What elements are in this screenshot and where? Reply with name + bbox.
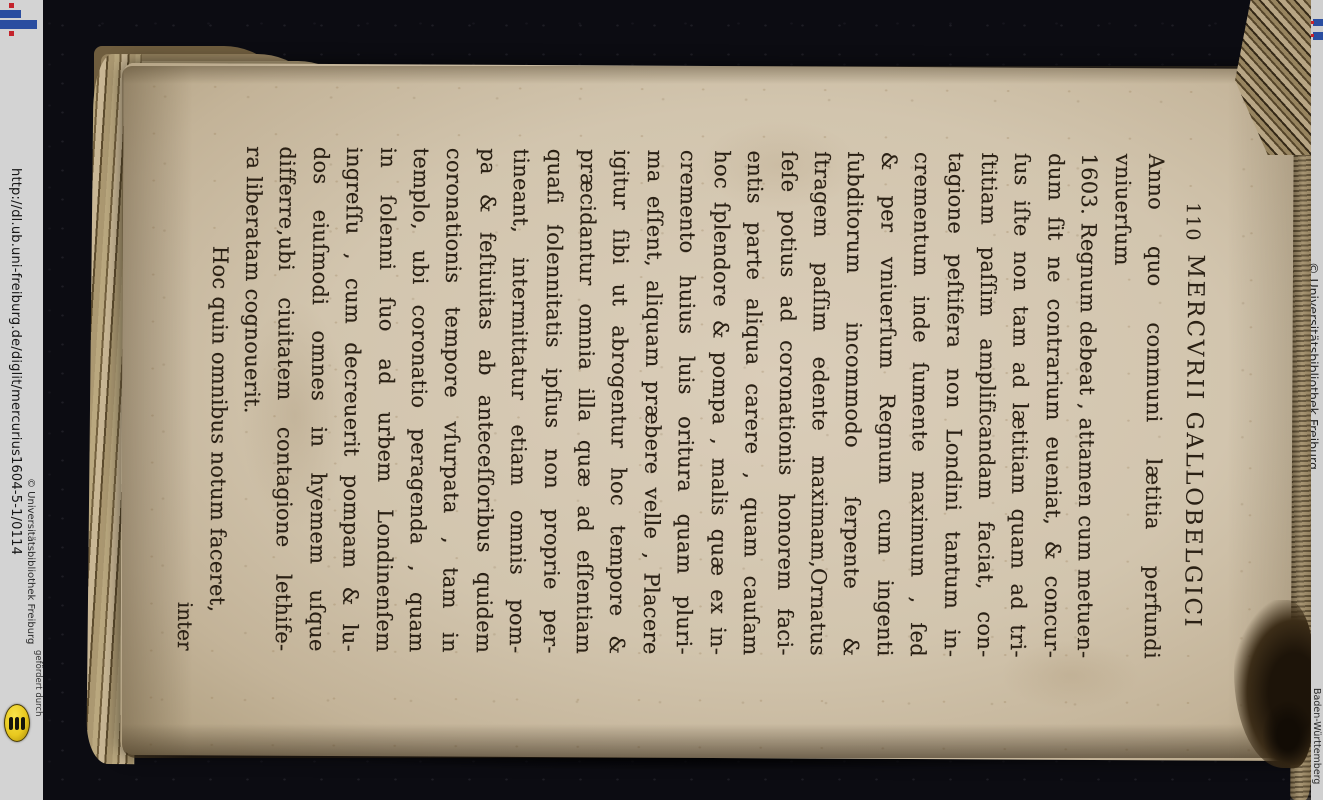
text-line: differre,ubi ciuitatem contagione lethif… xyxy=(266,146,304,651)
ub-freiburg-logo-partial-icon xyxy=(1313,19,1323,26)
region-label: Baden-Württemberg xyxy=(1311,688,1322,798)
text-line: templo, ubi coronatio peragenda , quam xyxy=(400,147,438,652)
text-line: quaſi ſolennitatis ipſius non proprie pe… xyxy=(533,149,571,654)
text-line: Hoc quin omnibus notum faceret, xyxy=(199,146,237,651)
catchword: inter xyxy=(173,145,201,650)
text-line: coronationis tempore vſurpata , tam in xyxy=(433,148,471,653)
text-line: hoc ſplendore & pompa , malis quæ ex in- xyxy=(700,150,738,655)
text-line: ma eſſent, aliquam præbere velle , Place… xyxy=(633,149,671,654)
text-line: tagione peſtifera non Londini tantum in- xyxy=(934,152,972,657)
text-line: igitur ſibi ut abrogentur hoc tempore & xyxy=(600,149,638,654)
copyright-text-right: © Universitätsbibliothek Freiburg xyxy=(1311,262,1321,552)
scan-frame-left: http://dl.ub.uni-freiburg.de/diglit/merc… xyxy=(0,0,43,800)
text-line: dos eiuſmodi omnes in hyemem uſque xyxy=(299,147,337,652)
ub-freiburg-logo-partial-icon xyxy=(1313,32,1323,40)
text-line: crementum inde ſumente maximum , ſed xyxy=(901,152,939,657)
ub-freiburg-logo-icon xyxy=(0,0,43,40)
text-body: Anno quo communi lætitia perfundi vniuer… xyxy=(199,146,1172,659)
text-line: ſtragem paſſim edente maximam,Ornatus xyxy=(800,151,838,656)
ub-freiburg-logo-partial-icon xyxy=(1311,21,1314,24)
text-line: tineant, intermittatur etiam omnis pom- xyxy=(500,148,538,653)
funded-by-label: gefördert durch xyxy=(31,650,43,714)
text-line: dum ſit ne contrarium eueniat, & concur- xyxy=(1034,153,1072,658)
text-line: ingreſſu , cum decreuerit pompam & lu- xyxy=(333,147,371,652)
text-line: ſeſe potius ad coronationis honorem faci… xyxy=(767,151,805,656)
page-content-rotated: 110 MERCVRII GALLOBELGICI Anno quo commu… xyxy=(92,55,1313,766)
text-line: & per vniuerſum Regnum cum ingenti xyxy=(867,151,905,656)
text-line: pa & feſtiuitas ab anteceſſoribus quidem xyxy=(466,148,504,653)
book-page: 110 MERCVRII GALLOBELGICI Anno quo commu… xyxy=(92,55,1313,766)
text-line: in ſolenni ſuo ad urbem Londinenſem xyxy=(366,147,404,652)
text-line: ſubditorum incommodo ſerpente & xyxy=(834,151,872,656)
text-line: ſus iſte non tam ad lætitiam quam ad tri… xyxy=(1001,153,1039,658)
page-header: 110 MERCVRII GALLOBELGICI xyxy=(1173,154,1209,659)
scan-viewport: 110 MERCVRII GALLOBELGICI Anno quo commu… xyxy=(0,0,1323,800)
text-line: 1603. Regnum debeat , attamen cum metuen… xyxy=(1068,153,1106,658)
text-line: entis parte aliqua carere , quam cauſam xyxy=(734,150,772,655)
text-line: præcidantur omnia illa quæ ad eſſentiam xyxy=(567,149,605,654)
scan-frame-right: © Universitätsbibliothek Freiburg Baden-… xyxy=(1311,0,1323,800)
text-line: ſtitiam paſſim amplificandam faciat, con… xyxy=(967,152,1005,657)
ub-freiburg-logo-partial-icon xyxy=(1311,34,1314,37)
text-line: Anno quo communi lætitia perfundi vniuer… xyxy=(1101,154,1172,660)
text-line: ra liberatam cognouerit. xyxy=(233,146,271,651)
page-number: 110 xyxy=(1181,202,1203,241)
text-line: cremento huius luis oritura quam pluri- xyxy=(667,150,705,655)
baden-wuerttemberg-arms-icon xyxy=(4,704,30,742)
